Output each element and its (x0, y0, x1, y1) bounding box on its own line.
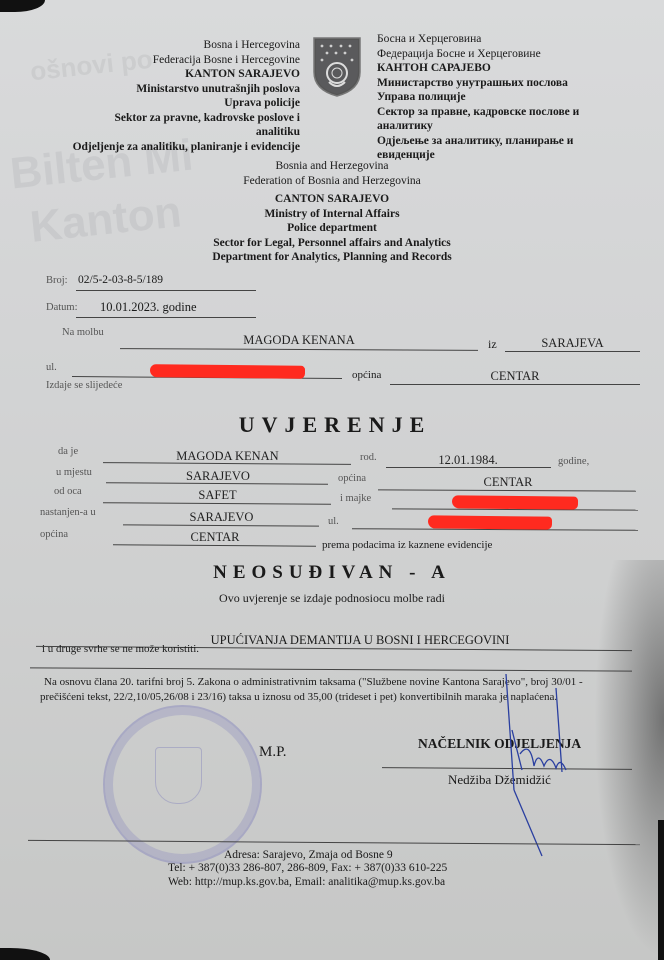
opcina-underline (390, 384, 640, 385)
bleed-through-text: Kanton (28, 187, 184, 253)
header-english: Bosnia and Herzegovina Federation of Bos… (182, 159, 482, 265)
iz-value: SARAJEVA (505, 336, 640, 351)
footer-web: Web: http://mup.ks.gov.ba, Email: analit… (168, 876, 445, 888)
background-edge (658, 820, 664, 960)
opcina2-underline (113, 544, 316, 546)
opcina-label: općina (352, 369, 381, 381)
conviction-status: NEOSUĐIVAN - A (0, 562, 664, 584)
i-majke-label: i majke (340, 493, 371, 504)
opcina2-value: CENTAR (115, 530, 315, 545)
na-molbu-value: MAGODA KENANA (120, 333, 478, 348)
datum-underline (76, 317, 256, 318)
u-mjestu-label: u mjestu (56, 467, 92, 478)
prema-label: prema podacima iz kaznene evidencije (322, 539, 492, 551)
ul-label: ul. (46, 362, 57, 373)
broj-value: 02/5-2-03-8-5/189 (78, 274, 163, 286)
document-title: UVJERENJE (0, 412, 664, 438)
opcina1-underline (378, 489, 636, 491)
opcina-value: CENTAR (392, 369, 638, 384)
redacted-street-2 (428, 515, 552, 529)
od-oca-value: SAFET (105, 488, 330, 503)
rod-label: rod. (360, 452, 377, 463)
rod-underline (386, 467, 551, 468)
od-oca-underline (103, 502, 331, 505)
opcina1-label: općina (338, 473, 366, 484)
opcina1-value: CENTAR (380, 475, 636, 490)
shadow (594, 560, 664, 960)
na-molbu-label: Na molbu (62, 327, 104, 338)
rod-value: 12.01.1984. (388, 453, 548, 468)
od-oca-label: od oca (54, 486, 82, 497)
background-corner (0, 948, 50, 960)
broj-label: Broj: (46, 275, 68, 286)
redacted-street (150, 364, 305, 379)
coat-of-arms-icon (312, 36, 362, 98)
na-molbu-underline (120, 348, 478, 351)
datum-label: Datum: (46, 302, 78, 313)
purpose-intro: Ovo uvjerenje se izdaje podnosiocu molbe… (0, 591, 664, 606)
handwritten-signature-icon (500, 670, 590, 860)
redacted-mother-name (452, 495, 578, 509)
nastanjen-underline (123, 524, 319, 526)
purpose-restriction: i u druge svrhe se ne može koristiti. (42, 643, 199, 655)
header-right: Босна и Херцеговина Федерација Босне и Х… (377, 32, 579, 163)
broj-underline (76, 290, 256, 291)
godine-label: godine, (558, 456, 589, 467)
da-je-label: da je (58, 446, 78, 457)
ul2-label: ul. (328, 516, 339, 527)
footer-phone: Tel: + 387(0)33 286-807, 286-809, Fax: +… (168, 862, 447, 874)
izdaje-label: Izdaje se slijedeće (46, 380, 122, 391)
opcina2-label: općina (40, 529, 68, 540)
nastanjen-label: nastanjen-a u (40, 507, 96, 518)
tax-note-line2: prečišćeni tekst, 22/2,10/05,26/08 i 23/… (40, 691, 557, 704)
mp-label: M.P. (259, 744, 287, 761)
iz-underline (505, 351, 640, 352)
datum-value: 10.01.2023. godine (100, 300, 197, 315)
header-left: Bosna i Hercegovina Federacija Bosne i H… (40, 38, 300, 154)
nastanjen-value: SARAJEVO (125, 510, 318, 525)
iz-label: iz (488, 337, 497, 352)
footer-address: Adresa: Sarajevo, Zmaja od Bosne 9 (224, 849, 393, 861)
stamp-shield-icon (155, 747, 202, 804)
document-page: ošnovi po Bilten Mi Kanton Bosna i Herce… (0, 0, 664, 960)
background-corner (0, 0, 45, 12)
